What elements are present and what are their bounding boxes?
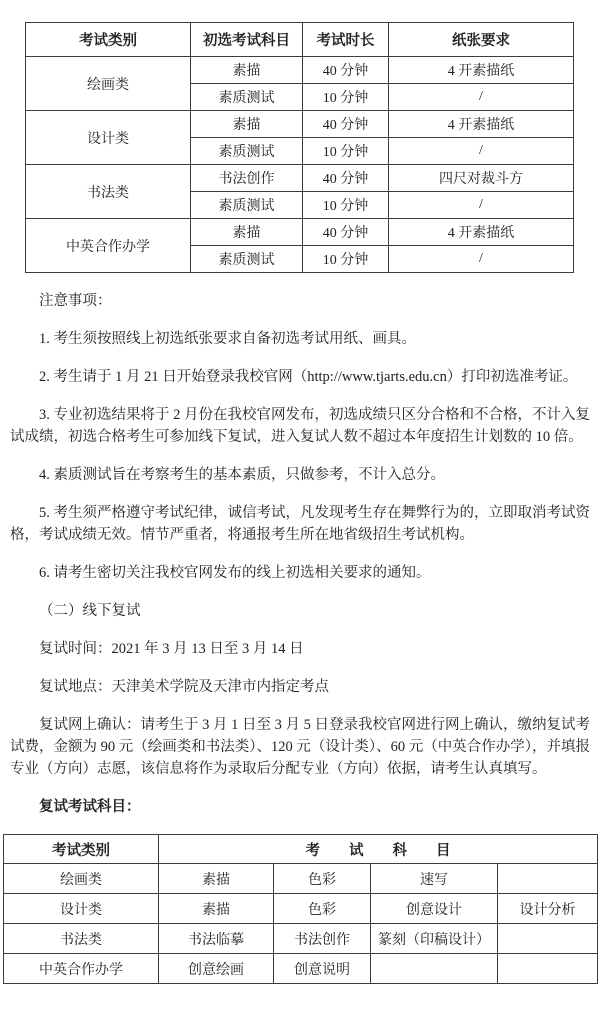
cell-paper: /: [389, 138, 574, 165]
cell-category: 中英合作办学: [26, 219, 191, 273]
cell-subject: 篆刻（印稿设计）: [371, 924, 498, 954]
cell-category: 设计类: [4, 894, 159, 924]
header-exam-category: 考试类别: [4, 835, 159, 864]
table-row: 设计类 素描 40 分钟 4 开素描纸: [26, 111, 574, 138]
cell-subject: 素描: [191, 219, 303, 246]
document-body: 注意事项： 1. 考生须按照线上初选纸张要求自备初选考试用纸、画具。 2. 考生…: [0, 290, 600, 818]
cell-subject: 书法创作: [191, 165, 303, 192]
cell-paper: 4 开素描纸: [389, 111, 574, 138]
header-paper-requirement: 纸张要求: [389, 23, 574, 57]
cell-paper: /: [389, 192, 574, 219]
note-item-2: 2. 考生请于 1 月 21 日开始登录我校官网（http://www.tjar…: [10, 366, 590, 388]
table-row: 绘画类 素描 色彩 速写: [4, 864, 598, 894]
cell-subject: 素描: [159, 864, 274, 894]
cell-duration: 10 分钟: [303, 84, 389, 111]
cell-subject: [371, 954, 498, 984]
cell-paper: 4 开素描纸: [389, 219, 574, 246]
cell-subject: 素质测试: [191, 138, 303, 165]
section-heading-offline-retest: （二）线下复试: [10, 600, 590, 622]
retest-subjects-table: 考试类别 考试科目 绘画类 素描 色彩 速写 设计类 素描 色彩 创意设计 设计…: [3, 834, 598, 984]
cell-duration: 40 分钟: [303, 165, 389, 192]
cell-subject: 素质测试: [191, 84, 303, 111]
cell-duration: 40 分钟: [303, 57, 389, 84]
cell-paper: 四尺对裁斗方: [389, 165, 574, 192]
cell-category: 绘画类: [26, 57, 191, 111]
preliminary-exam-table: 考试类别 初选考试科目 考试时长 纸张要求 绘画类 素描 40 分钟 4 开素描…: [25, 22, 574, 273]
table-header-row: 考试类别 考试科目: [4, 835, 598, 864]
retest-time: 复试时间：2021 年 3 月 13 日至 3 月 14 日: [10, 638, 590, 660]
header-exam-category: 考试类别: [26, 23, 191, 57]
header-exam-duration: 考试时长: [303, 23, 389, 57]
cell-duration: 10 分钟: [303, 138, 389, 165]
cell-paper: /: [389, 84, 574, 111]
cell-subject: 色彩: [274, 894, 371, 924]
cell-subject: 创意说明: [274, 954, 371, 984]
cell-paper: /: [389, 246, 574, 273]
table-row: 中英合作办学 创意绘画 创意说明: [4, 954, 598, 984]
cell-category: 书法类: [26, 165, 191, 219]
cell-subject: 设计分析: [498, 894, 598, 924]
cell-category: 中英合作办学: [4, 954, 159, 984]
note-item-5: 5. 考生须严格遵守考试纪律，诚信考试，凡发现考生存在舞弊行为的，立即取消考试资…: [10, 502, 590, 546]
header-preliminary-subject: 初选考试科目: [191, 23, 303, 57]
cell-subject: 素描: [191, 111, 303, 138]
cell-subject: [498, 954, 598, 984]
cell-duration: 10 分钟: [303, 192, 389, 219]
note-item-6: 6. 请考生密切关注我校官网发布的线上初选相关要求的通知。: [10, 562, 590, 584]
cell-duration: 40 分钟: [303, 219, 389, 246]
notes-title: 注意事项：: [10, 290, 590, 312]
cell-category: 设计类: [26, 111, 191, 165]
cell-subject: 色彩: [274, 864, 371, 894]
header-exam-subjects: 考试科目: [159, 835, 598, 864]
cell-subject: 书法创作: [274, 924, 371, 954]
note-item-1: 1. 考生须按照线上初选纸张要求自备初选考试用纸、画具。: [10, 328, 590, 350]
retest-subjects-label: 复试考试科目：: [10, 796, 590, 818]
cell-category: 绘画类: [4, 864, 159, 894]
cell-subject: 素质测试: [191, 192, 303, 219]
retest-online-confirmation: 复试网上确认：请考生于 3 月 1 日至 3 月 5 日登录我校官网进行网上确认…: [10, 714, 590, 780]
cell-subject: 创意绘画: [159, 954, 274, 984]
note-item-3: 3. 专业初选结果将于 2 月份在我校官网发布，初选成绩只区分合格和不合格，不计…: [10, 404, 590, 448]
retest-place: 复试地点：天津美术学院及天津市内指定考点: [10, 676, 590, 698]
cell-subject: 素描: [191, 57, 303, 84]
cell-duration: 40 分钟: [303, 111, 389, 138]
cell-subject: 素描: [159, 894, 274, 924]
table-row: 书法类 书法创作 40 分钟 四尺对裁斗方: [26, 165, 574, 192]
cell-duration: 10 分钟: [303, 246, 389, 273]
cell-category: 书法类: [4, 924, 159, 954]
note-item-4: 4. 素质测试旨在考察考生的基本素质，只做参考，不计入总分。: [10, 464, 590, 486]
cell-subject: 速写: [371, 864, 498, 894]
cell-subject: [498, 924, 598, 954]
table-row: 中英合作办学 素描 40 分钟 4 开素描纸: [26, 219, 574, 246]
cell-subject: 创意设计: [371, 894, 498, 924]
header-exam-subjects-label: 考试科目: [306, 843, 480, 859]
cell-subject: [498, 864, 598, 894]
cell-subject: 书法临摹: [159, 924, 274, 954]
cell-subject: 素质测试: [191, 246, 303, 273]
table-row: 绘画类 素描 40 分钟 4 开素描纸: [26, 57, 574, 84]
document-page: 考试类别 初选考试科目 考试时长 纸张要求 绘画类 素描 40 分钟 4 开素描…: [0, 22, 600, 1018]
table-row: 设计类 素描 色彩 创意设计 设计分析: [4, 894, 598, 924]
cell-paper: 4 开素描纸: [389, 57, 574, 84]
table-row: 书法类 书法临摹 书法创作 篆刻（印稿设计）: [4, 924, 598, 954]
table-header-row: 考试类别 初选考试科目 考试时长 纸张要求: [26, 23, 574, 57]
